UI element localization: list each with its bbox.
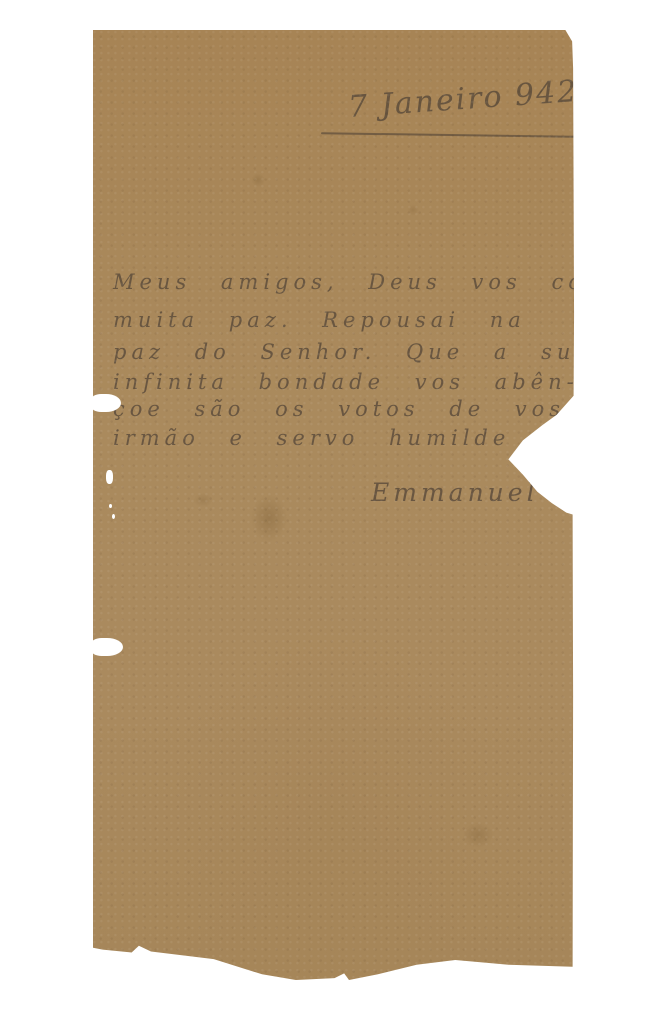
- letter-date: 7 Janeiro 942: [347, 74, 579, 125]
- letter-line-6: irmão e servo humilde: [113, 426, 510, 450]
- paper-damage-spot: [112, 514, 115, 519]
- letter-line-4: infinita bondade vos abên-: [113, 370, 579, 394]
- letter-line-2: muita paz. Repousai na: [113, 308, 526, 332]
- letter-line-3: paz do Senhor. Que a sua: [113, 340, 593, 364]
- punch-hole-upper: [91, 394, 121, 412]
- letter-line-5: çoe são os votos de vosso: [113, 397, 599, 421]
- letter-line-1: Meus amigos, Deus vos conceda: [113, 270, 670, 294]
- paper-damage-spot: [106, 470, 113, 484]
- letter-signature: Emmanuel: [371, 478, 539, 507]
- date-underline: [321, 132, 577, 138]
- right-edge-stain: [573, 770, 576, 850]
- right-edge-stain: [573, 500, 576, 680]
- paper-damage-spot: [109, 504, 112, 508]
- letter-page: 7 Janeiro 942 Meus amigos, Deus vos conc…: [93, 30, 576, 980]
- punch-hole-lower: [91, 638, 123, 656]
